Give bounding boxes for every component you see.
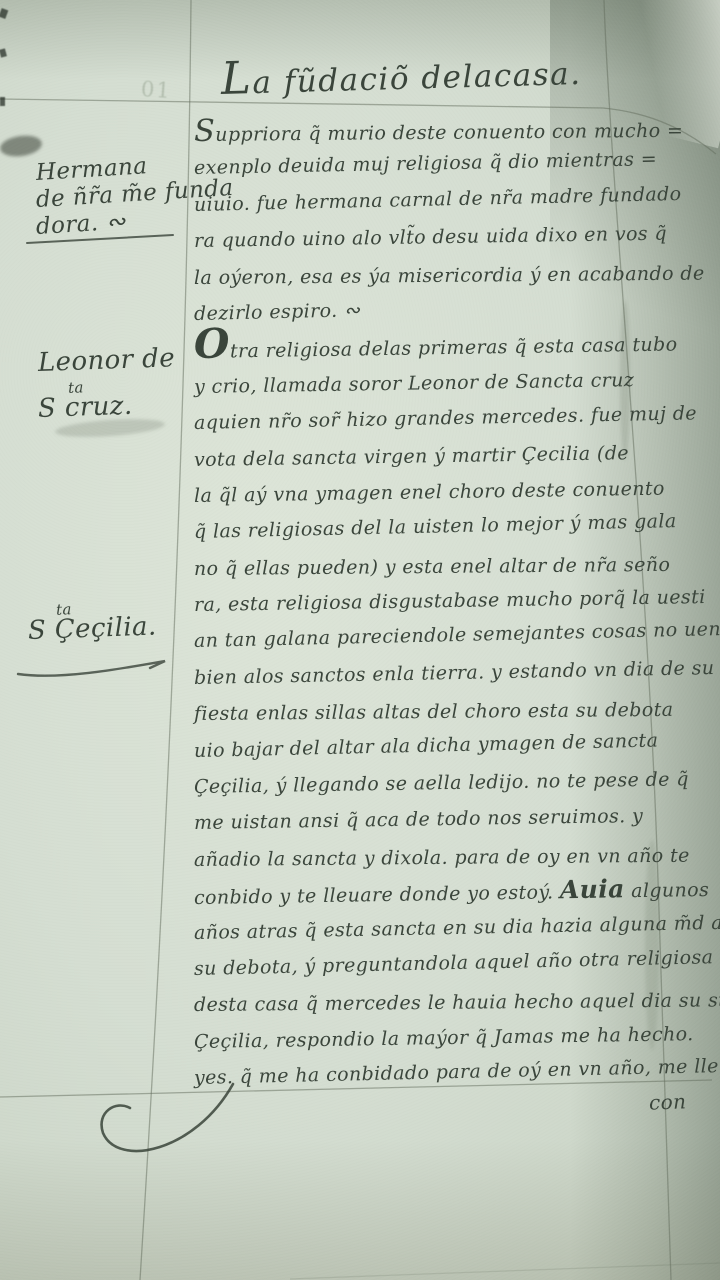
page-title: La fũdaciõ delacasa. [220,42,582,105]
page-edge-mark [0,8,8,19]
margin-note-leonor: Leonor de ta S cruz. [38,348,175,424]
margin-note-line: Leonor de [37,343,175,378]
bottom-edge-rule [290,1263,720,1279]
manuscript-photo: 01 La fũdaciõ delacasa. Hermana de ñr̃a … [0,0,720,1280]
folio-number-bleedthrough: 01 [140,77,172,103]
manuscript-line: me uistan ansi q̃ aca de todo nos seruim… [194,798,657,842]
manuscript-line-segment: algunos [625,879,710,902]
margin-note-line: S cruz. [37,389,175,424]
photo-shading-bottom [0,1140,720,1280]
page-edge-mark [0,48,7,57]
manuscript-text-block: Suppriora q̃ murio deste conuento con mu… [194,114,656,1097]
margin-note-cecilia: ta S Çeçilia. [28,600,157,646]
margin-note-3-underline [18,661,165,676]
manuscript-line-segment: conbido y te lleuare donde yo estoý. [194,881,560,909]
ink-smudge [0,133,43,159]
manuscript-line: aquien nr̃o sor̃ hizo grandes mercedes. … [194,396,657,441]
manuscript-line: bien alos sanctos enla tierra. y estando… [194,651,657,696]
manuscript-line: ra quando uino alo vlt̃o desu uida dixo … [194,216,657,260]
page-edge-mark [0,97,5,106]
margin-note-line: S Çeçilia. [27,612,157,646]
manuscript-emphasized-word: Auia [560,874,625,904]
catchword: con [649,1089,687,1114]
